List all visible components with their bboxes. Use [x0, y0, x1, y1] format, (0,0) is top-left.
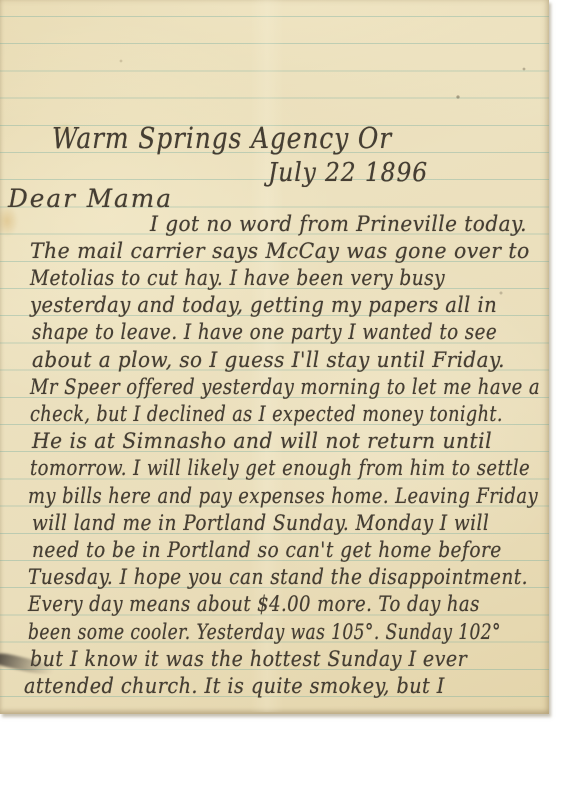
letter-paper: Warm Springs Agency Or July 22 1896 Dear… [0, 0, 549, 714]
letter-line: tomorrow. I will likely get enough from … [30, 458, 530, 479]
letter-line: Mr Speer offered yesterday morning to le… [30, 377, 540, 398]
scan-background: { "document": { "kind": "handwritten let… [0, 0, 582, 800]
letter-line: need to be in Portland so can't get home… [32, 540, 502, 561]
letter-line: The mail carrier says McCay was gone ove… [30, 241, 530, 262]
letter-line: attended church. It is quite smokey, but… [24, 676, 445, 697]
letter-line: Every day means about $4.00 more. To day… [28, 594, 480, 615]
letter-salutation: Dear Mama [8, 186, 173, 211]
letter-line: yesterday and today, getting my papers a… [30, 295, 497, 316]
letter-line: been some cooler. Yesterday was 105°. Su… [28, 622, 501, 643]
letter-heading: Warm Springs Agency Or [52, 124, 392, 153]
letter-line: about a plow, so I guess I'll stay until… [32, 350, 505, 371]
letter-line: shape to leave. I have one party I wante… [32, 322, 497, 343]
letter-line: will land me in Portland Sunday. Monday … [32, 513, 489, 534]
letter-line: check, but I declined as I expected mone… [30, 404, 503, 425]
letter-line: He is at Simnasho and will not return un… [32, 431, 492, 452]
letter-line: Tuesday. I hope you can stand the disapp… [28, 567, 528, 588]
letter-line: my bills here and pay expenses home. Lea… [28, 486, 538, 507]
letter-line: but I know it was the hottest Sunday I e… [30, 649, 467, 670]
letter-line: Metolias to cut hay. I have been very bu… [30, 268, 445, 289]
letter-line: I got no word from Prineville today. [150, 214, 527, 235]
letter-date: July 22 1896 [268, 160, 428, 186]
paper-specks [0, 0, 2, 2]
